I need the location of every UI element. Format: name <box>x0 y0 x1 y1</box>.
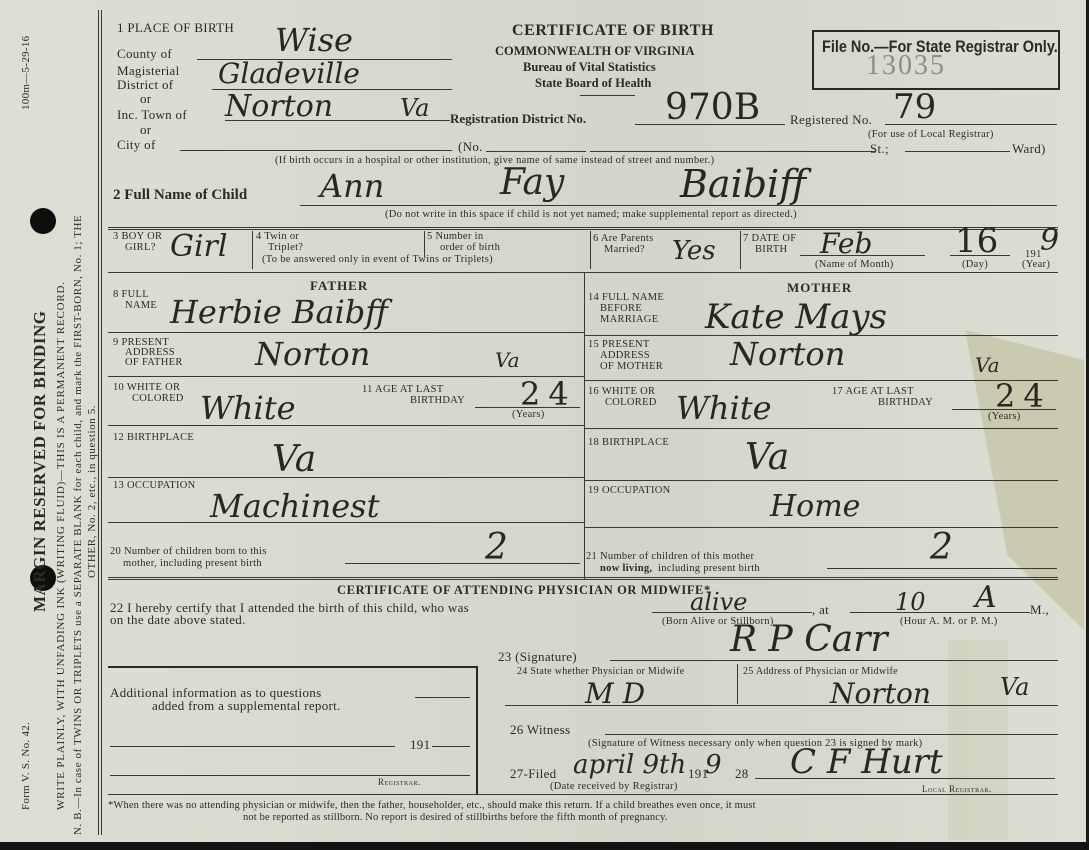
hospital-note: (If birth occurs in a hospital or other … <box>275 156 714 167</box>
mother-address-state: Va <box>975 355 1000 375</box>
mother-name-label-1: 14 FULL NAME <box>588 293 664 304</box>
registered-number-value: 79 <box>893 90 936 124</box>
father-age-label-2: BIRTHDAY <box>410 396 465 407</box>
physician-heading: CERTIFICATE OF ATTENDING PHYSICIAN OR MI… <box>337 584 711 597</box>
dob-label-1: 7 DATE OF <box>743 234 796 245</box>
filed-label: 27-Filed <box>510 767 556 780</box>
mother-race-value: White <box>676 392 772 424</box>
child-name-label: 2 Full Name of Child <box>113 188 247 203</box>
children-living-label-2: including present birth <box>658 564 760 575</box>
bureau-heading: Bureau of Vital Statistics <box>523 61 656 74</box>
local-registrar-label: Local Registrar. <box>922 785 992 794</box>
registration-district-label: Registration District No. <box>450 112 586 125</box>
mother-name-value: Kate Mays <box>705 300 887 334</box>
town-label: Inc. Town of <box>117 108 187 121</box>
supplemental-registrar-label: Registrar. <box>378 778 421 787</box>
at-label: , at <box>812 603 829 616</box>
child-first-name: Ann <box>320 170 384 202</box>
father-address-label-3: OF FATHER <box>125 358 183 369</box>
mother-address-label-3: OF MOTHER <box>600 362 663 373</box>
witness-label: 26 Witness <box>510 723 570 736</box>
father-age-label-1: 11 AGE AT LAST <box>362 385 444 396</box>
form-number: Form V. S. No. 42. <box>20 722 32 810</box>
street-number-label: (No. <box>458 140 483 153</box>
mother-age-label-1: 17 AGE AT LAST <box>832 387 914 398</box>
registered-number-label: Registered No. <box>790 113 872 126</box>
local-registrar-note: (For use of Local Registrar) <box>868 130 994 141</box>
signature-label: 23 (Signature) <box>498 650 577 663</box>
mother-race-label-2: COLORED <box>605 398 657 409</box>
district-value: Gladeville <box>218 60 360 88</box>
father-age-value: 24 <box>520 378 577 410</box>
twin-label-1: 4 Twin or <box>256 232 299 243</box>
child-middle-name: Fay <box>500 165 564 201</box>
children-born-value: 2 <box>485 530 508 566</box>
mother-years-note: (Years) <box>988 412 1021 423</box>
city-label: City of <box>117 138 156 151</box>
order-label-2: order of birth <box>440 243 500 254</box>
mother-heading: MOTHER <box>787 281 852 294</box>
print-code: 100m—5-29-16 <box>20 36 32 110</box>
sex-label-2: GIRL? <box>125 243 156 254</box>
county-label: County of <box>117 47 172 60</box>
dob-month: Feb <box>820 230 872 258</box>
twin-label-2: Triplet? <box>268 243 303 254</box>
father-birthplace-value: Va <box>272 442 316 478</box>
children-born-label-1: 20 Number of children born to this <box>110 547 267 558</box>
town-state: Va <box>400 96 429 120</box>
father-heading: FATHER <box>310 279 368 292</box>
registration-district-value: 970B <box>665 90 760 126</box>
supplemental-text-2: added from a supplemental report. <box>152 699 341 712</box>
mother-age-value: 24 <box>995 380 1052 412</box>
mother-race-label-1: 16 WHITE OR <box>588 387 655 398</box>
sex-label-1: 3 BOY OR <box>113 232 162 243</box>
mother-address-label-2: ADDRESS <box>600 351 650 362</box>
married-label-2: Married? <box>604 245 645 256</box>
scan-edge <box>0 842 1089 850</box>
or-label-2: or <box>140 123 151 136</box>
sex-value: Girl <box>170 232 228 262</box>
child-last-name: Baibiff <box>680 165 806 203</box>
certificate-title: CERTIFICATE OF BIRTH <box>512 23 714 39</box>
birth-certificate: 100m—5-29-16 Form V. S. No. 42. MARGIN R… <box>0 0 1086 842</box>
filed-year-suffix: 9 <box>705 752 722 778</box>
binding-margin: 100m—5-29-16 Form V. S. No. 42. MARGIN R… <box>0 0 100 842</box>
street-label: St.; <box>870 142 889 155</box>
children-born-label-2: mother, including present birth <box>123 559 262 570</box>
dob-year-suffix: 9 <box>1040 226 1059 256</box>
district-label-1: Magisterial <box>117 64 180 77</box>
margin-instruction-3: OTHER, No. 2, etc., in question 5. <box>86 405 98 578</box>
father-name-label-2: NAME <box>125 301 157 312</box>
father-occupation-value: Machinest <box>210 490 379 522</box>
footnote-line-1: *When there was no attending physician o… <box>108 801 756 812</box>
tape-overlay-bottom <box>948 640 1008 840</box>
year-note: (Year) <box>1022 260 1050 271</box>
mother-occupation-label: 19 OCCUPATION <box>588 486 671 497</box>
mother-birthplace-value: Va <box>745 440 789 476</box>
father-name-label-1: 8 FULL <box>113 290 149 301</box>
mother-address-label-1: 15 PRESENT <box>588 340 650 351</box>
father-address-state: Va <box>495 350 520 370</box>
mother-address-value: Norton <box>730 338 845 370</box>
or-label-1: or <box>140 92 151 105</box>
child-name-note: (Do not write in this space if child is … <box>385 210 797 221</box>
file-number-stamp: 13035 <box>866 50 946 82</box>
father-name-value: Herbie Baibff <box>170 296 388 328</box>
children-living-label-2-bold: now living, <box>600 564 652 575</box>
father-occupation-label: 13 OCCUPATION <box>113 481 196 492</box>
physician-type-label: 24 State whether Physician or Midwife <box>517 667 684 677</box>
county-value: Wise <box>275 24 353 56</box>
children-living-label-1: 21 Number of children of this mother <box>586 552 754 563</box>
physician-address-label: 25 Address of Physician or Midwife <box>743 667 898 677</box>
dob-day: 16 <box>955 224 998 258</box>
local-registrar-signature: C F Hurt <box>790 745 943 779</box>
order-label-1: 5 Number in <box>427 232 483 243</box>
town-value: Norton <box>225 92 333 122</box>
birth-ampm-value: A <box>975 583 997 613</box>
married-value: Yes <box>672 238 716 264</box>
mother-occupation-value: Home <box>770 492 860 522</box>
mother-name-label-2: BEFORE <box>600 304 642 315</box>
hour-note: (Hour A. M. or P. M.) <box>900 617 998 628</box>
married-label-1: 6 Are Parents <box>593 234 653 245</box>
father-race-value: White <box>200 392 296 424</box>
date-received-note: (Date received by Registrar) <box>550 782 678 793</box>
m-label: M., <box>1030 603 1049 616</box>
born-alive-value: alive <box>690 590 747 614</box>
children-living-value: 2 <box>930 530 953 566</box>
twin-note: (To be answered only in event of Twins o… <box>262 255 493 266</box>
birth-hour-value: 10 <box>895 590 926 614</box>
physician-address-state: Va <box>1000 675 1029 699</box>
physician-signature: R P Carr <box>730 622 888 658</box>
ward-label: Ward) <box>1012 142 1046 155</box>
month-note: (Name of Month) <box>815 260 894 271</box>
certify-text-2: on the date above stated. <box>110 613 246 626</box>
district-label-2: District of <box>117 78 173 91</box>
board-heading: State Board of Health <box>535 77 651 90</box>
margin-reserved-heading: MARGIN RESERVED FOR BINDING <box>30 311 50 612</box>
father-race-label-1: 10 WHITE OR <box>113 383 180 394</box>
father-address-value: Norton <box>255 338 370 370</box>
mother-birthplace-label: 18 BIRTHPLACE <box>588 438 669 449</box>
day-note: (Day) <box>962 260 988 271</box>
mother-age-label-2: BIRTHDAY <box>878 398 933 409</box>
supplemental-year-prefix: 191 <box>410 738 430 751</box>
place-of-birth-heading: 1 PLACE OF BIRTH <box>117 21 234 34</box>
binding-hole-top <box>30 208 56 234</box>
father-race-label-2: COLORED <box>132 394 184 405</box>
filed-date-value: april 9th <box>573 752 686 778</box>
physician-type-value: M D <box>585 680 645 708</box>
physician-address-value: Norton <box>830 680 931 708</box>
father-birthplace-label: 12 BIRTHPLACE <box>113 433 194 444</box>
margin-instruction-2: N. B.—In case of TWINS OR TRIPLETS use a… <box>72 215 84 835</box>
father-years-note: (Years) <box>512 410 545 421</box>
registrar-number-label: 28 <box>735 767 749 780</box>
file-number-box: File No.—For State Registrar Only. 13035 <box>812 30 1060 90</box>
commonwealth-heading: COMMONWEALTH OF VIRGINIA <box>495 45 695 58</box>
footnote-line-2: not be reported as stillborn. No report … <box>243 813 668 824</box>
margin-instruction-1: WRITE PLAINLY, WITH UNFADING INK (WRITIN… <box>55 281 67 810</box>
dob-label-2: BIRTH <box>755 245 787 256</box>
mother-name-label-3: MARRIAGE <box>600 315 658 326</box>
